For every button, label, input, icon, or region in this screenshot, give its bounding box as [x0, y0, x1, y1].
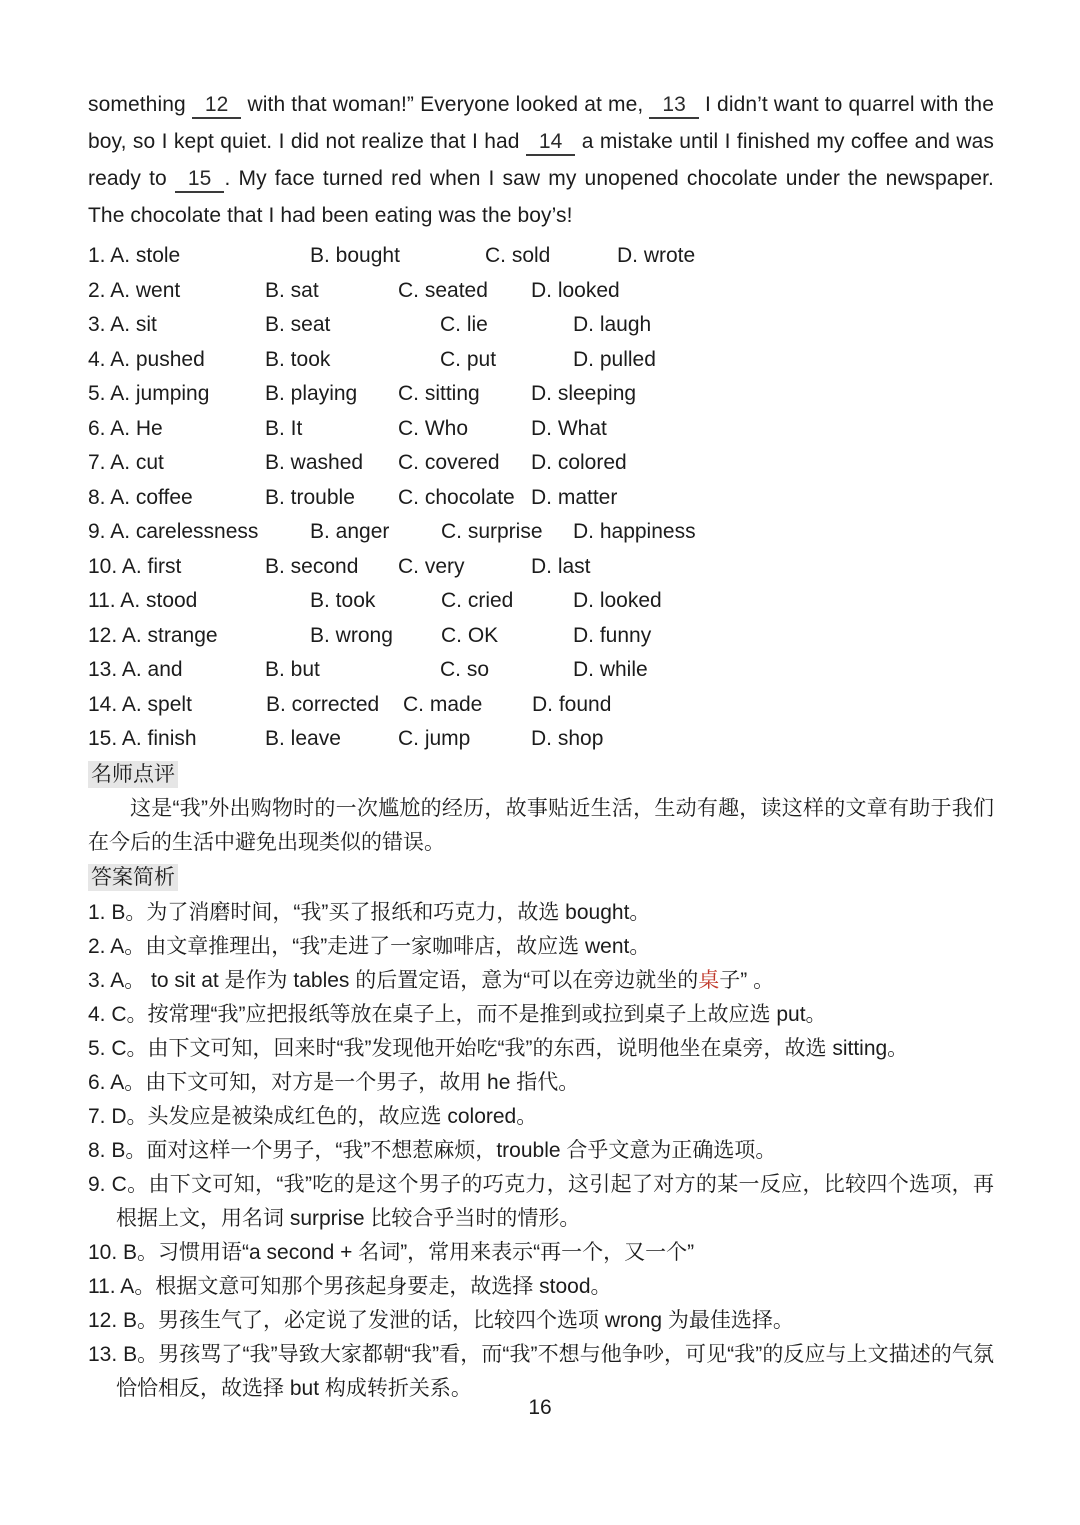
option-b: B. took	[265, 343, 440, 378]
option-b: B. corrected	[266, 688, 403, 723]
page-number: 16	[0, 1396, 1080, 1420]
options-list: 1. A. stoleB. boughtC. soldD. wrote 2. A…	[88, 239, 994, 757]
option-b: B. anger	[310, 515, 441, 550]
analysis-item-4: 4. C。按常理“我”应把报纸等放在桌子上，而不是推到或拉到桌子上故应选 put…	[88, 998, 994, 1032]
option-b: B. leave	[265, 722, 398, 757]
option-d: D. wrote	[617, 239, 994, 274]
option-row-13: 13. A. andB. butC. soD. while	[88, 653, 994, 688]
option-b: B. bought	[310, 239, 485, 274]
option-a: 13. A. and	[88, 653, 265, 688]
option-d: D. laugh	[573, 308, 994, 343]
analysis-item-3-pre: 3. A。 to sit at 是作为 tables 的后置定语，意为“可以在旁…	[88, 969, 698, 992]
option-c: C. sold	[485, 239, 617, 274]
intro-text: something	[88, 93, 192, 116]
option-c: C. surprise	[441, 515, 573, 550]
option-c: C. made	[403, 688, 532, 723]
option-b: B. took	[310, 584, 441, 619]
option-d: D. while	[573, 653, 994, 688]
option-row-5: 5. A. jumpingB. playingC. sittingD. slee…	[88, 377, 994, 412]
option-row-8: 8. A. coffeeB. troubleC. chocolateD. mat…	[88, 481, 994, 516]
analysis-item-2: 2. A。由文章推理出，“我”走进了一家咖啡店，故应选 went。	[88, 930, 994, 964]
page-content: something 12 with that woman!” Everyone …	[88, 86, 994, 1406]
option-a: 9. A. carelessness	[88, 515, 310, 550]
answer-analysis-header-label: 答案简析	[88, 864, 178, 891]
option-row-11: 11. A. stoodB. tookC. criedD. looked	[88, 584, 994, 619]
analysis-item-1: 1. B。为了消磨时间，“我”买了报纸和巧克力，故选 bought。	[88, 896, 994, 930]
option-b: B. sat	[265, 274, 398, 309]
analysis-item-3: 3. A。 to sit at 是作为 tables 的后置定语，意为“可以在旁…	[88, 964, 994, 998]
option-row-1: 1. A. stoleB. boughtC. soldD. wrote	[88, 239, 994, 274]
answer-analysis-header: 答案简析	[88, 861, 994, 895]
option-c: C. chocolate	[398, 481, 531, 516]
option-c: C. seated	[398, 274, 531, 309]
option-a: 6. A. He	[88, 412, 265, 447]
option-d: D. funny	[573, 619, 994, 654]
analysis-item-8: 8. B。面对这样一个男子，“我”不想惹麻烦，trouble 合乎文意为正确选项…	[88, 1134, 994, 1168]
option-a: 10. A. first	[88, 550, 265, 585]
option-c: C. put	[440, 343, 573, 378]
option-a: 4. A. pushed	[88, 343, 265, 378]
answer-analysis-list: 1. B。为了消磨时间，“我”买了报纸和巧克力，故选 bought。 2. A。…	[88, 896, 994, 1406]
analysis-item-5: 5. C。由下文可知，回来时“我”发现他开始吃“我”的东西，说明他坐在桌旁，故选…	[88, 1032, 994, 1066]
option-d: D. last	[531, 550, 994, 585]
option-a: 8. A. coffee	[88, 481, 265, 516]
option-a: 12. A. strange	[88, 619, 310, 654]
cloze-blank-13: 13	[649, 93, 699, 119]
option-c: C. so	[440, 653, 573, 688]
option-b: B. wrong	[310, 619, 441, 654]
option-b: B. playing	[265, 377, 398, 412]
document-page: something 12 with that woman!” Everyone …	[0, 0, 1080, 1525]
analysis-item-7: 7. D。头发应是被染成红色的，故应选 colored。	[88, 1100, 994, 1134]
option-c: C. lie	[440, 308, 573, 343]
option-a: 14. A. spelt	[88, 688, 266, 723]
option-c: C. cried	[441, 584, 573, 619]
option-b: B. washed	[265, 446, 398, 481]
option-d: D. colored	[531, 446, 994, 481]
option-b: B. second	[265, 550, 398, 585]
option-row-7: 7. A. cutB. washedC. coveredD. colored	[88, 446, 994, 481]
option-a: 3. A. sit	[88, 308, 265, 343]
option-d: D. looked	[573, 584, 994, 619]
option-c: C. jump	[398, 722, 531, 757]
option-d: D. What	[531, 412, 994, 447]
analysis-item-9: 9. C。由下文可知，“我”吃的是这个男子的巧克力，这引起了对方的某一反应，比较…	[88, 1168, 994, 1236]
cloze-blank-14: 14	[526, 130, 576, 156]
option-b: B. It	[265, 412, 398, 447]
option-c: C. Who	[398, 412, 531, 447]
option-d: D. pulled	[573, 343, 994, 378]
teacher-comment-body: 这是“我”外出购物时的一次尴尬的经历，故事贴近生活，生动有趣，读这样的文章有助于…	[88, 792, 994, 860]
analysis-item-12: 12. B。男孩生气了，必定说了发泄的话，比较四个选项 wrong 为最佳选择。	[88, 1304, 994, 1338]
option-row-2: 2. A. wentB. satC. seatedD. looked	[88, 274, 994, 309]
option-a: 11. A. stood	[88, 584, 310, 619]
option-c: C. very	[398, 550, 531, 585]
option-d: D. sleeping	[531, 377, 994, 412]
option-d: D. found	[532, 688, 994, 723]
option-row-15: 15. A. finishB. leaveC. jumpD. shop	[88, 722, 994, 757]
option-row-4: 4. A. pushedB. tookC. putD. pulled	[88, 343, 994, 378]
intro-paragraph: something 12 with that woman!” Everyone …	[88, 86, 994, 234]
option-a: 5. A. jumping	[88, 377, 265, 412]
option-a: 7. A. cut	[88, 446, 265, 481]
option-row-14: 14. A. speltB. correctedC. madeD. found	[88, 688, 994, 723]
option-c: C. OK	[441, 619, 573, 654]
option-row-3: 3. A. sitB. seatC. lieD. laugh	[88, 308, 994, 343]
option-b: B. seat	[265, 308, 440, 343]
option-b: B. trouble	[265, 481, 398, 516]
option-row-9: 9. A. carelessnessB. angerC. surpriseD. …	[88, 515, 994, 550]
option-d: D. looked	[531, 274, 994, 309]
analysis-item-10: 10. B。习惯用语“a second + 名词”，常用来表示“再一个，又一个”	[88, 1236, 994, 1270]
option-row-6: 6. A. HeB. ItC. WhoD. What	[88, 412, 994, 447]
option-a: 15. A. finish	[88, 722, 265, 757]
intro-text: . My face turned red when I saw my unope…	[88, 167, 994, 227]
teacher-comment-header: 名师点评	[88, 758, 994, 792]
analysis-item-11: 11. A。根据文意可知那个男孩起身要走，故选择 stood。	[88, 1270, 994, 1304]
option-row-10: 10. A. firstB. secondC. veryD. last	[88, 550, 994, 585]
option-d: D. happiness	[573, 515, 994, 550]
cloze-blank-15: 15	[175, 167, 225, 193]
option-row-12: 12. A. strangeB. wrongC. OKD. funny	[88, 619, 994, 654]
analysis-item-3-post: 子” 。	[719, 969, 774, 992]
option-d: D. matter	[531, 481, 994, 516]
option-c: C. sitting	[398, 377, 531, 412]
option-a: 1. A. stole	[88, 239, 310, 274]
teacher-comment-header-label: 名师点评	[88, 761, 178, 788]
intro-text: with that woman!” Everyone looked at me,	[241, 93, 649, 116]
option-c: C. covered	[398, 446, 531, 481]
option-d: D. shop	[531, 722, 994, 757]
option-b: B. but	[265, 653, 440, 688]
analysis-item-6: 6. A。由下文可知，对方是一个男子，故用 he 指代。	[88, 1066, 994, 1100]
cloze-blank-12: 12	[192, 93, 242, 119]
analysis-item-3-red-char: 桌	[698, 969, 719, 992]
option-a: 2. A. went	[88, 274, 265, 309]
